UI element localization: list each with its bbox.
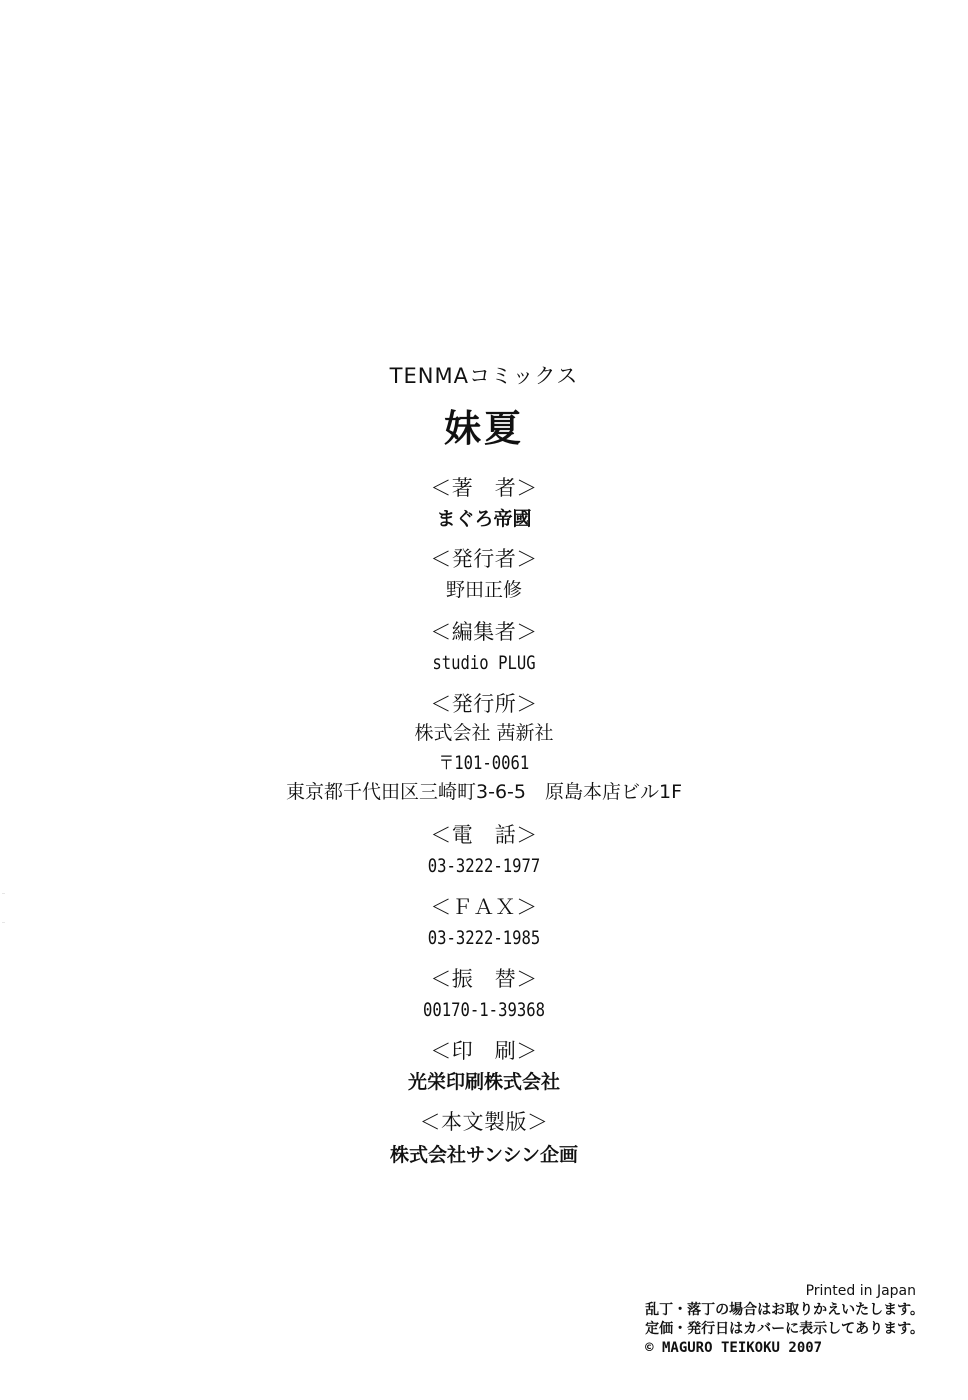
book-title: 妹夏	[0, 410, 968, 447]
publisher-company-label: ＜発行所＞	[0, 694, 968, 715]
typesetting-label: ＜本文製版＞	[0, 1112, 968, 1133]
postal-code: 〒101-0061	[87, 754, 881, 773]
phone-value: 03-3222-1977	[87, 857, 881, 876]
address: 東京都千代田区三崎町3-6-5 原島本店ビル1F	[0, 783, 968, 802]
publisher-person-label: ＜発行者＞	[0, 549, 968, 570]
copyright: © MAGURO TEIKOKU 2007	[645, 1339, 924, 1358]
printing-label: ＜印 刷＞	[0, 1041, 968, 1062]
author-label: ＜著 者＞	[0, 478, 968, 499]
editor-label: ＜編集者＞	[0, 622, 968, 643]
publisher-person-value: 野田正修	[0, 581, 968, 600]
misprint-notice: 乱丁・落丁の場合はお取りかえいたします。	[645, 1301, 924, 1320]
fax-value: 03-3222-1985	[87, 929, 881, 948]
price-notice: 定価・発行日はカバーに表示してあります。	[645, 1320, 924, 1339]
publisher-company-value: 株式会社 茜新社	[0, 724, 968, 743]
typesetting-value: 株式会社サンシン企画	[0, 1146, 968, 1165]
series-name: TENMAコミックス	[0, 366, 968, 387]
fax-label: ＜ＦＡＸ＞	[0, 897, 968, 918]
printed-in-japan: Printed in Japan	[645, 1282, 924, 1301]
edge-mark	[2, 893, 5, 894]
printing-value: 光栄印刷株式会社	[0, 1073, 968, 1092]
phone-label: ＜電 話＞	[0, 825, 968, 846]
footer-notice: Printed in Japan 乱丁・落丁の場合はお取りかえいたします。 定価…	[645, 1282, 924, 1358]
transfer-value: 00170-1-39368	[87, 1001, 881, 1020]
editor-value: studio PLUG	[87, 654, 881, 673]
edge-mark	[2, 922, 5, 923]
transfer-label: ＜振 替＞	[0, 969, 968, 990]
author-value: まぐろ帝國	[0, 510, 968, 529]
